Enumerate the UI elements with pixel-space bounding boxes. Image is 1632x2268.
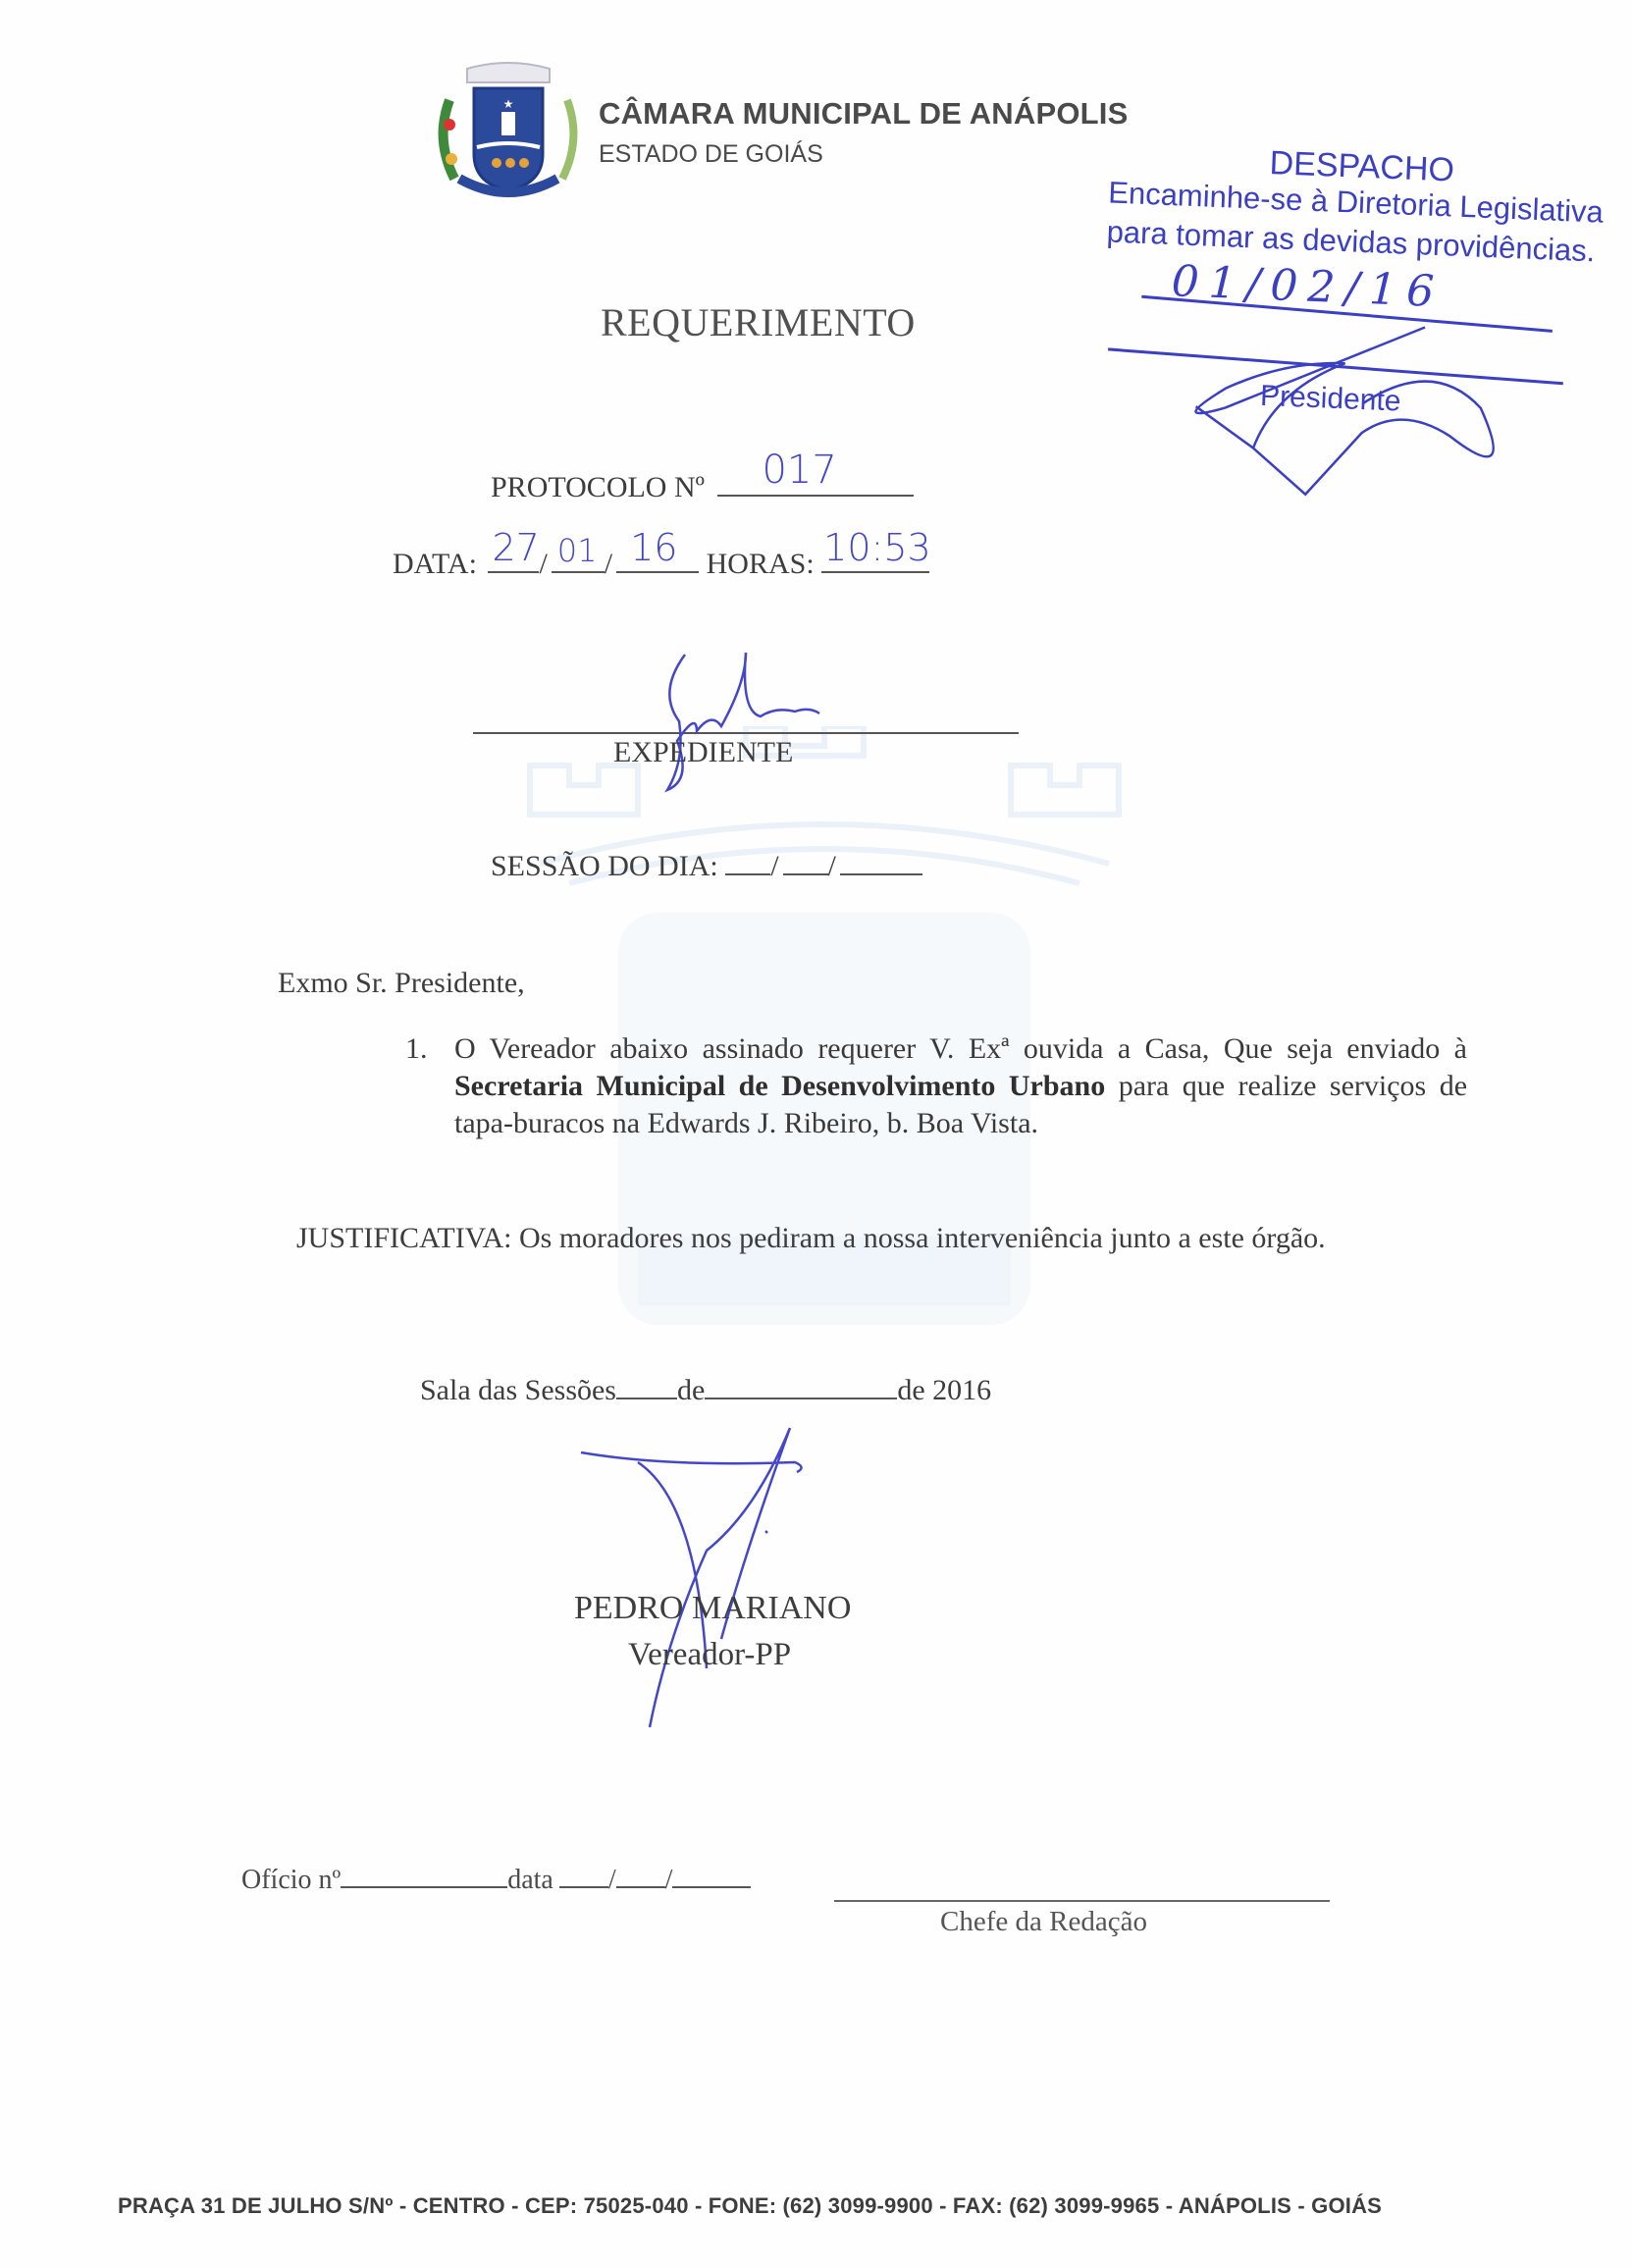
date-month-blank: 01 <box>552 571 605 573</box>
document-title: REQUERIMENTO <box>601 299 916 345</box>
time-blank: 10:53 <box>821 571 929 573</box>
session-date-field: SESSÃO DO DIA: // <box>491 850 922 883</box>
office-record-line: Ofício nºdata// <box>241 1865 751 1896</box>
date-year-value: 16 <box>630 526 677 569</box>
dispatch-stamp: DESPACHO Encaminhe-se à Diretoria Legisl… <box>1084 128 1631 511</box>
salutation: Exmo Sr. Presidente, <box>278 967 525 1000</box>
request-target-agency: Secretaria Municipal de Desenvolvimento … <box>454 1070 1105 1102</box>
protocol-field: PROTOCOLO Nº 017 <box>491 471 914 504</box>
date-time-field: DATA: 27 / 01 / 16 HORAS: 10:53 <box>393 548 929 581</box>
protocol-number-blank: 017 <box>717 495 914 497</box>
session-room-date-line: Sala das Sessõesdede 2016 <box>420 1374 991 1407</box>
request-item-text: O Vereador abaixo assinado requerer V. E… <box>454 1030 1467 1142</box>
date-year-blank: 16 <box>616 571 699 573</box>
expediente-signature-icon <box>638 653 834 810</box>
organization-state: ESTADO DE GOIÁS <box>599 140 823 169</box>
justification: JUSTIFICATIVA: Os moradores nos pediram … <box>296 1222 1326 1255</box>
session-month-blank <box>783 873 828 875</box>
municipal-coat-of-arms-icon: ★ <box>430 61 587 208</box>
president-signature-icon <box>1104 276 1603 511</box>
oficio-month-blank <box>616 1886 665 1888</box>
signer-role: Vereador-PP <box>628 1637 791 1673</box>
oficio-date-label: data <box>507 1865 553 1895</box>
time-label: HORAS: <box>707 548 815 580</box>
protocol-label: PROTOCOLO Nº <box>491 471 705 503</box>
expediente-label: EXPEDIENTE <box>613 736 793 769</box>
signer-name: PEDRO MARIANO <box>574 1590 851 1627</box>
oficio-number-blank <box>341 1886 507 1888</box>
date-month-value: 01 <box>557 532 598 569</box>
session-day-blank <box>725 873 770 875</box>
request-item-number: 1. <box>405 1030 428 1068</box>
request-item: 1. O Vereador abaixo assinado requerer V… <box>407 1030 1467 1142</box>
oficio-year-blank <box>672 1886 751 1888</box>
date-day-blank: 27 <box>488 571 539 573</box>
protocol-number-value: 017 <box>762 448 836 493</box>
session-label: SESSÃO DO DIA: <box>491 850 718 882</box>
session-room-label: Sala das Sessões <box>420 1374 616 1406</box>
councilor-signature-icon <box>579 1413 854 1727</box>
chefe-signature-line <box>834 1900 1330 1902</box>
de-label-1: de <box>677 1374 705 1406</box>
session-year-blank <box>840 873 922 875</box>
date-label: DATA: <box>393 548 477 580</box>
date-day-value: 27 <box>492 526 539 569</box>
organization-name: CÂMARA MUNICIPAL DE ANÁPOLIS <box>599 96 1129 132</box>
footer-address: PRAÇA 31 DE JULHO S/Nº - CENTRO - CEP: 7… <box>118 2193 1382 2219</box>
de-year-label: de 2016 <box>897 1374 991 1406</box>
chefe-label: Chefe da Redação <box>940 1906 1147 1938</box>
time-value: 10:53 <box>823 526 931 569</box>
request-text-intro: O Vereador abaixo assinado requerer V. E… <box>454 1032 1467 1065</box>
session-room-month-blank <box>705 1398 897 1399</box>
svg-text:★: ★ <box>503 97 514 111</box>
oficio-day-blank <box>559 1886 608 1888</box>
oficio-label: Ofício nº <box>241 1865 341 1895</box>
session-room-day-blank <box>616 1398 677 1399</box>
